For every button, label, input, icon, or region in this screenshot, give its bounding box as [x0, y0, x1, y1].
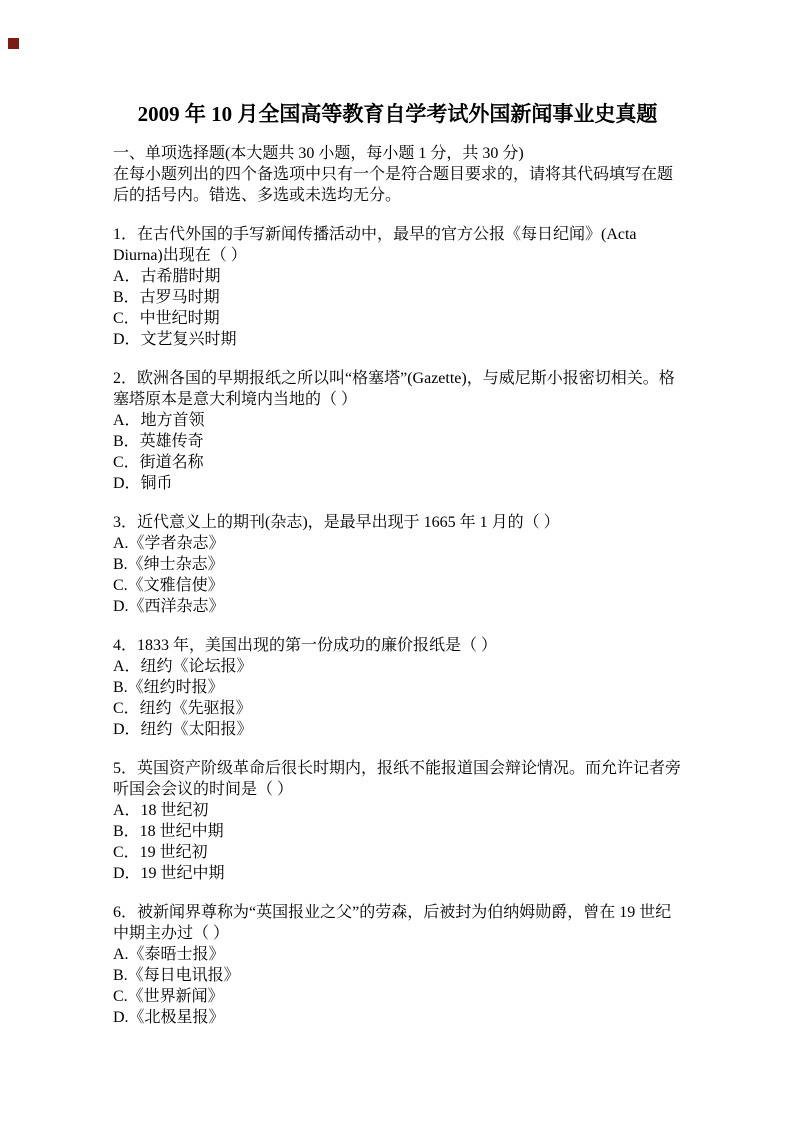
question-4: 4．1833 年，美国出现的第一份成功的廉价报纸是（ ） A．纽约《论坛报》 B…: [113, 635, 682, 740]
question-1-option-d: D．文艺复兴时期: [113, 329, 682, 350]
red-square-marker: [8, 38, 19, 49]
section-heading: 一、单项选择题(本大题共 30 小题，每小题 1 分，共 30 分): [113, 143, 682, 164]
question-5-stem: 5．英国资产阶级革命后很长时期内，报纸不能报道国会辩论情况。而允许记者旁听国会会…: [113, 758, 682, 800]
question-4-stem: 4．1833 年，美国出现的第一份成功的廉价报纸是（ ）: [113, 635, 682, 656]
question-6-option-a: A.《泰晤士报》: [113, 944, 682, 965]
question-6-option-b: B.《每日电讯报》: [113, 965, 682, 986]
question-2-option-c: C．街道名称: [113, 452, 682, 473]
question-2: 2．欧洲各国的早期报纸之所以叫“格塞塔”(Gazette)，与威尼斯小报密切相关…: [113, 368, 682, 494]
question-2-stem: 2．欧洲各国的早期报纸之所以叫“格塞塔”(Gazette)，与威尼斯小报密切相关…: [113, 368, 682, 410]
document-content: 2009 年 10 月全国高等教育自学考试外国新闻事业史真题 一、单项选择题(本…: [113, 100, 682, 1028]
question-5-option-d: D．19 世纪中期: [113, 863, 682, 884]
question-4-option-b: B.《纽约时报》: [113, 677, 682, 698]
question-2-option-a: A．地方首领: [113, 410, 682, 431]
question-3-option-b: B.《绅士杂志》: [113, 554, 682, 575]
question-1: 1．在古代外国的手写新闻传播活动中，最早的官方公报《每日纪闻》(Acta Diu…: [113, 224, 682, 350]
section-instructions: 在每小题列出的四个备选项中只有一个是符合题目要求的，请将其代码填写在题后的括号内…: [113, 164, 682, 206]
question-6-option-d: D.《北极星报》: [113, 1007, 682, 1028]
question-3-option-a: A.《学者杂志》: [113, 533, 682, 554]
page-title: 2009 年 10 月全国高等教育自学考试外国新闻事业史真题: [113, 100, 682, 128]
question-1-option-b: B．古罗马时期: [113, 287, 682, 308]
question-1-stem: 1．在古代外国的手写新闻传播活动中，最早的官方公报《每日纪闻》(Acta Diu…: [113, 224, 682, 266]
question-1-option-c: C．中世纪时期: [113, 308, 682, 329]
question-3-option-c: C.《文雅信使》: [113, 575, 682, 596]
question-2-option-d: D．铜币: [113, 473, 682, 494]
question-6-stem: 6．被新闻界尊称为“英国报业之父”的劳森，后被封为伯纳姆勋爵，曾在 19 世纪中…: [113, 902, 682, 944]
question-4-option-d: D．纽约《太阳报》: [113, 719, 682, 740]
question-4-option-c: C．纽约《先驱报》: [113, 698, 682, 719]
question-5: 5．英国资产阶级革命后很长时期内，报纸不能报道国会辩论情况。而允许记者旁听国会会…: [113, 758, 682, 884]
question-2-option-b: B．英雄传奇: [113, 431, 682, 452]
question-5-option-a: A．18 世纪初: [113, 800, 682, 821]
question-4-option-a: A．纽约《论坛报》: [113, 656, 682, 677]
question-3-option-d: D.《西洋杂志》: [113, 596, 682, 617]
exam-document-page: 2009 年 10 月全国高等教育自学考试外国新闻事业史真题 一、单项选择题(本…: [0, 0, 794, 1123]
question-6: 6．被新闻界尊称为“英国报业之父”的劳森，后被封为伯纳姆勋爵，曾在 19 世纪中…: [113, 902, 682, 1028]
question-5-option-b: B．18 世纪中期: [113, 821, 682, 842]
question-6-option-c: C.《世界新闻》: [113, 986, 682, 1007]
question-3-stem: 3．近代意义上的期刊(杂志)，是最早出现于 1665 年 1 月的（ ）: [113, 512, 682, 533]
question-3: 3．近代意义上的期刊(杂志)，是最早出现于 1665 年 1 月的（ ） A.《…: [113, 512, 682, 617]
question-5-option-c: C．19 世纪初: [113, 842, 682, 863]
question-1-option-a: A．古希腊时期: [113, 266, 682, 287]
